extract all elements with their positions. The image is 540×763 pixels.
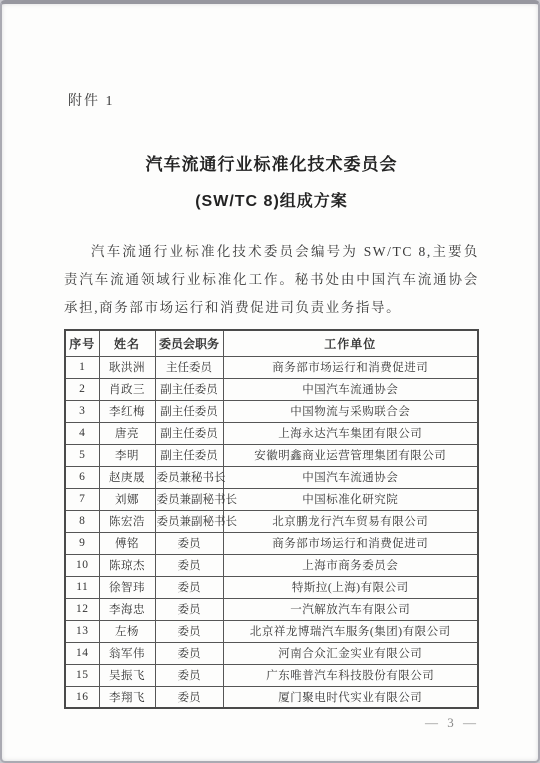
table-row: 1耿洪洲主任委员商务部市场运行和消费促进司 xyxy=(65,356,478,378)
table-cell: 委员 xyxy=(155,642,223,664)
table-row: 12李海忠委员一汽解放汽车有限公司 xyxy=(65,598,478,620)
table-row: 3李红梅副主任委员中国物流与采购联合会 xyxy=(65,400,478,422)
table-cell: 徐智玮 xyxy=(99,576,155,598)
table-cell: 李海忠 xyxy=(99,598,155,620)
col-header-position: 委员会职务 xyxy=(155,330,223,356)
table-cell: 吴振飞 xyxy=(99,664,155,686)
table-cell: 12 xyxy=(65,598,99,620)
table-cell: 上海市商务委员会 xyxy=(223,554,478,576)
table-cell: 13 xyxy=(65,620,99,642)
table-cell: 唐亮 xyxy=(99,422,155,444)
table-cell: 中国标准化研究院 xyxy=(223,488,478,510)
intro-paragraph: 汽车流通行业标准化技术委员会编号为 SW/TC 8,主要负责汽车流通领域行业标准… xyxy=(64,238,479,322)
table-cell: 11 xyxy=(65,576,99,598)
document-page: 附件 1 汽车流通行业标准化技术委员会 (SW/TC 8)组成方案 汽车流通行业… xyxy=(0,0,540,763)
table-cell: 上海永达汽车集团有限公司 xyxy=(223,422,478,444)
table-cell: 委员 xyxy=(155,554,223,576)
table-cell: 副主任委员 xyxy=(155,444,223,466)
table-cell: 2 xyxy=(65,378,99,400)
table-cell: 6 xyxy=(65,466,99,488)
table-cell: 委员兼秘书长 xyxy=(155,466,223,488)
table-cell: 厦门聚电时代实业有限公司 xyxy=(223,686,478,708)
table-cell: 广东唯普汽车科技股份有限公司 xyxy=(223,664,478,686)
table-cell: 左杨 xyxy=(99,620,155,642)
table-row: 14翁军伟委员河南合众汇金实业有限公司 xyxy=(65,642,478,664)
table-cell: 4 xyxy=(65,422,99,444)
table-row: 13左杨委员北京祥龙博瑞汽车服务(集团)有限公司 xyxy=(65,620,478,642)
table-row: 16李翔飞委员厦门聚电时代实业有限公司 xyxy=(65,686,478,708)
table-row: 2肖政三副主任委员中国汽车流通协会 xyxy=(65,378,478,400)
table-cell: 河南合众汇金实业有限公司 xyxy=(223,642,478,664)
table-cell: 委员兼副秘书长 xyxy=(155,488,223,510)
table-cell: 中国物流与采购联合会 xyxy=(223,400,478,422)
table-cell: 1 xyxy=(65,356,99,378)
committee-members-table: 序号 姓名 委员会职务 工作单位 1耿洪洲主任委员商务部市场运行和消费促进司2肖… xyxy=(64,329,479,709)
table-row: 9傅铭委员商务部市场运行和消费促进司 xyxy=(65,532,478,554)
attachment-label: 附件 1 xyxy=(68,90,479,110)
table-cell: 副主任委员 xyxy=(155,400,223,422)
table-cell: 肖政三 xyxy=(99,378,155,400)
table-cell: 3 xyxy=(65,400,99,422)
table-cell: 中国汽车流通协会 xyxy=(223,466,478,488)
col-header-index: 序号 xyxy=(65,330,99,356)
table-header: 序号 姓名 委员会职务 工作单位 xyxy=(65,330,478,356)
table-row: 4唐亮副主任委员上海永达汽车集团有限公司 xyxy=(65,422,478,444)
table-cell: 委员兼副秘书长 xyxy=(155,510,223,532)
document-title-line1: 汽车流通行业标准化技术委员会 xyxy=(64,150,479,175)
table-cell: 李翔飞 xyxy=(99,686,155,708)
table-row: 5李明副主任委员安徽明鑫商业运营管理集团有限公司 xyxy=(65,444,478,466)
table-cell: 委员 xyxy=(155,664,223,686)
table-cell: 中国汽车流通协会 xyxy=(223,378,478,400)
table-row: 15吴振飞委员广东唯普汽车科技股份有限公司 xyxy=(65,664,478,686)
table-cell: 一汽解放汽车有限公司 xyxy=(223,598,478,620)
table-cell: 委员 xyxy=(155,576,223,598)
table-row: 11徐智玮委员特斯拉(上海)有限公司 xyxy=(65,576,478,598)
table-cell: 5 xyxy=(65,444,99,466)
document-content: 附件 1 汽车流通行业标准化技术委员会 (SW/TC 8)组成方案 汽车流通行业… xyxy=(64,4,479,731)
table-row: 8陈宏浩委员兼副秘书长北京鹏龙行汽车贸易有限公司 xyxy=(65,510,478,532)
table-row: 7刘娜委员兼副秘书长中国标准化研究院 xyxy=(65,488,478,510)
table-cell: 李红梅 xyxy=(99,400,155,422)
table-cell: 8 xyxy=(65,510,99,532)
table-cell: 刘娜 xyxy=(99,488,155,510)
table-cell: 16 xyxy=(65,686,99,708)
table-cell: 商务部市场运行和消费促进司 xyxy=(223,356,478,378)
table-cell: 傅铭 xyxy=(99,532,155,554)
table-cell: 副主任委员 xyxy=(155,422,223,444)
table-cell: 副主任委员 xyxy=(155,378,223,400)
table-cell: 陈宏浩 xyxy=(99,510,155,532)
document-title-line2: (SW/TC 8)组成方案 xyxy=(64,188,479,211)
table-row: 6赵庚晟委员兼秘书长中国汽车流通协会 xyxy=(65,466,478,488)
col-header-name: 姓名 xyxy=(99,330,155,356)
table-cell: 北京鹏龙行汽车贸易有限公司 xyxy=(223,510,478,532)
table-cell: 北京祥龙博瑞汽车服务(集团)有限公司 xyxy=(223,620,478,642)
table-cell: 7 xyxy=(65,488,99,510)
table-cell: 委员 xyxy=(155,598,223,620)
table-cell: 耿洪洲 xyxy=(99,356,155,378)
col-header-work-unit: 工作单位 xyxy=(223,330,478,356)
table-cell: 委员 xyxy=(155,686,223,708)
table-body: 1耿洪洲主任委员商务部市场运行和消费促进司2肖政三副主任委员中国汽车流通协会3李… xyxy=(65,356,478,708)
table-header-row: 序号 姓名 委员会职务 工作单位 xyxy=(65,330,478,356)
table-cell: 李明 xyxy=(99,444,155,466)
table-cell: 商务部市场运行和消费促进司 xyxy=(223,532,478,554)
table-cell: 委员 xyxy=(155,620,223,642)
table-cell: 赵庚晟 xyxy=(99,466,155,488)
page-number: — 3 — xyxy=(64,715,479,731)
table-cell: 陈琼杰 xyxy=(99,554,155,576)
table-cell: 特斯拉(上海)有限公司 xyxy=(223,576,478,598)
table-cell: 10 xyxy=(65,554,99,576)
table-cell: 翁军伟 xyxy=(99,642,155,664)
table-cell: 委员 xyxy=(155,532,223,554)
table-cell: 15 xyxy=(65,664,99,686)
table-cell: 9 xyxy=(65,532,99,554)
table-cell: 主任委员 xyxy=(155,356,223,378)
table-cell: 安徽明鑫商业运营管理集团有限公司 xyxy=(223,444,478,466)
table-cell: 14 xyxy=(65,642,99,664)
table-row: 10陈琼杰委员上海市商务委员会 xyxy=(65,554,478,576)
